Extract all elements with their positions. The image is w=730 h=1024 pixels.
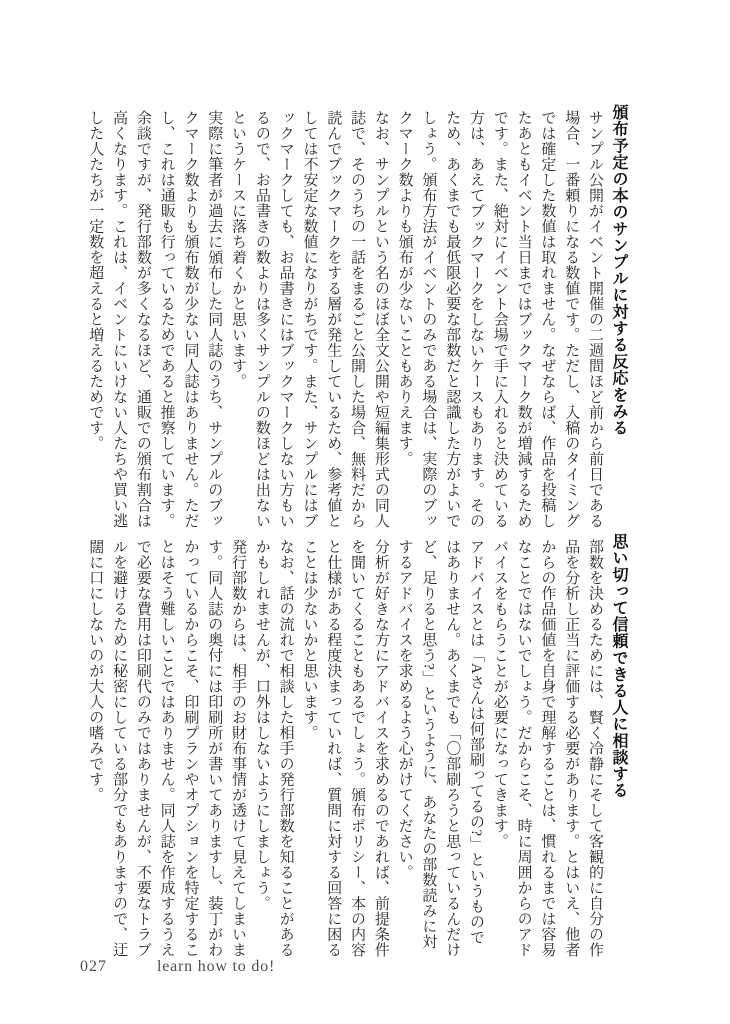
text-column: とはそう難しいことではありません。同人誌を作成するうえ bbox=[154, 539, 178, 958]
text-column: クマーク数よりも頒布数が少ない同人誌はありません。ただ bbox=[178, 110, 202, 529]
text-column: 部数を決めるためには、賢く冷静にそして客観的に自分の作 bbox=[582, 539, 606, 958]
book-page: 頒布予定の本のサンプルに対する反応をみる サンプル公開がイベント開催の二週間ほど… bbox=[0, 0, 730, 1024]
section-body: 部数を決めるためには、賢く冷静にそして客観的に自分の作品を分析し正当に評価する必… bbox=[82, 533, 606, 958]
text-column: なことではないでしょう。だからこそ、時に周囲からのアド bbox=[511, 539, 535, 958]
text-column: アドバイスとは「Aさんは何部刷ってるの?」というもので bbox=[463, 539, 487, 958]
text-column: 読んでブックマークをする層が発生しているため、参考値と bbox=[320, 110, 344, 529]
text-column: 高くなります。これは、イベントにいけない人たちや買い逃 bbox=[106, 110, 130, 529]
text-column: 余談ですが、発行部数が多くなるほど、通販での頒布割合は bbox=[130, 110, 154, 529]
text-column: からの作品価値を自身で理解することは、慣れるまでは容易 bbox=[535, 539, 559, 958]
text-column: はありません。あくまでも「〇部刷ろうと思っているんだけ bbox=[439, 539, 463, 958]
text-column: す。同人誌の奥付には印刷所が書いてありますし、装丁がわ bbox=[201, 539, 225, 958]
text-column: ルを避けるために秘密にしている部分でもありますので、迂 bbox=[106, 539, 130, 958]
text-column: 品を分析し正当に評価する必要があります。とはいえ、他者 bbox=[558, 539, 582, 958]
section-heading: 頒布予定の本のサンプルに対する反応をみる bbox=[606, 104, 630, 529]
text-column: ため、あくまでも最低限必要な部数だと認識した方がよいで bbox=[439, 110, 463, 529]
text-column: ことは少ないかと思います。 bbox=[297, 539, 321, 958]
section-sample-reaction: 頒布予定の本のサンプルに対する反応をみる サンプル公開がイベント開催の二週間ほど… bbox=[82, 104, 630, 529]
text-column: で必要な費用は印刷代のみではありませんが、不要なトラブ bbox=[130, 539, 154, 958]
section-heading: 思い切って信頼できる人に相談する bbox=[606, 533, 630, 958]
text-column: した人たちが一定数を超えると増えるためです。 bbox=[82, 110, 106, 529]
text-column: たあともイベント当日まではブックマーク数が増減するため bbox=[511, 110, 535, 529]
text-column: では確定した数値は取れません。なぜならば、作品を投稿し bbox=[535, 110, 559, 529]
text-column: しょう。頒布方法がイベントのみである場合は、実際のブッ bbox=[416, 110, 440, 529]
text-column: するアドバイスを求めるよう心がけてください。 bbox=[392, 539, 416, 958]
text-column: るので、お品書きの数よりは多くサンプルの数ほどは出ない bbox=[249, 110, 273, 529]
text-column: し、これは通販も行っているためであると推察しています。 bbox=[154, 110, 178, 529]
page-footer: 027 learn how to do! bbox=[0, 958, 730, 982]
text-column: 方は、あえてブックマークをしないケースもあります。その bbox=[463, 110, 487, 529]
text-column: ックマークしても、お品書きにはブックマークしない方もい bbox=[273, 110, 297, 529]
text-column: 発行部数からは、相手のお財布事情が透けて見えてしまいま bbox=[225, 539, 249, 958]
text-column: かもしれませんが、口外はしないようにしましょう。 bbox=[249, 539, 273, 958]
text-column: 場合、一番頼りになる数値です。ただし、入稿のタイミング bbox=[558, 110, 582, 529]
text-column: バイスをもらうことが必要になってきます。 bbox=[487, 539, 511, 958]
section-consult-trusted-person: 思い切って信頼できる人に相談する 部数を決めるためには、賢く冷静にそして客観的に… bbox=[82, 533, 630, 958]
running-title: learn how to do! bbox=[157, 958, 275, 976]
text-column: 実際に筆者が過去に頒布した同人誌のうち、サンプルのブッ bbox=[201, 110, 225, 529]
text-column: と仕様がある程度決まっていれば、質問に対する回答に困る bbox=[320, 539, 344, 958]
page-number: 027 bbox=[80, 958, 107, 976]
text-column: かっているからこそ、印刷プランやオプションを特定するこ bbox=[178, 539, 202, 958]
text-column: サンプル公開がイベント開催の二週間ほど前から前日である bbox=[582, 110, 606, 529]
text-column: なお、サンプルという名のほぼ全文公開や短編集形式の同人 bbox=[368, 110, 392, 529]
text-column: を聞いてくることもあるでしょう。頒布ポリシー、本の内容 bbox=[344, 539, 368, 958]
text-column: ど、足りると思う?」というように、あなたの部数読みに対 bbox=[416, 539, 440, 958]
text-column: 分析が好きな方にアドバイスを求めるのであれば、前提条件 bbox=[368, 539, 392, 958]
text-column: というケースに落ち着くかと思います。 bbox=[225, 110, 249, 529]
text-column: クマーク数よりも頒布が少ないこともありえます。 bbox=[392, 110, 416, 529]
text-column: しては不安定な数値になりがちです。また、サンプルにはブ bbox=[297, 110, 321, 529]
text-column: 誌で、そのうちの一話をまるごと公開した場合、無料だから bbox=[344, 110, 368, 529]
text-column: です。また、絶対にイベント会場で手に入れると決めている bbox=[487, 110, 511, 529]
text-column: なお、話の流れで相談した相手の発行部数を知ることがある bbox=[273, 539, 297, 958]
text-column: 闊に口にしないのが大人の嗜みです。 bbox=[82, 539, 106, 958]
section-body: サンプル公開がイベント開催の二週間ほど前から前日である場合、一番頼りになる数値で… bbox=[82, 104, 606, 529]
